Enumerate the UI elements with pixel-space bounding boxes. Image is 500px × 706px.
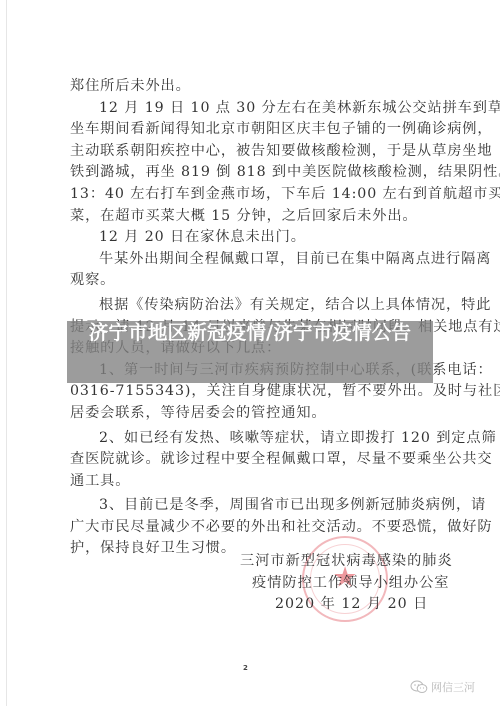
doc-line: 3、目前已是冬季，周围省市已出现多例新冠肺炎病例，请 bbox=[70, 495, 442, 517]
watermark: 网信三河 bbox=[410, 679, 475, 695]
doc-line: 居委会联系，等待居委会的管控通知。 bbox=[70, 403, 442, 425]
signature-date: 2020 年 12 月 20 日 bbox=[240, 594, 440, 616]
doc-line: 查医院就诊。就诊过程中要全程佩戴口罩，尽量不要乘坐公共交 bbox=[70, 449, 442, 471]
wechat-icon bbox=[410, 680, 428, 694]
document-body: 郑住所后未外出。 12 月 19 日 10 点 30 分左右在美林新东城公交站拼… bbox=[70, 76, 442, 560]
doc-line: 2、如已经有发热、咳嗽等症状，请立即拨打 120 到定点筛 bbox=[70, 428, 442, 450]
doc-line: 郑住所后未外出。 bbox=[70, 76, 442, 98]
overlay-title: 济宁市地区新冠疫情/济宁市疫情公告 bbox=[72, 321, 428, 345]
signature-org-line1: 三河市新型冠状病毒感染的肺炎 bbox=[240, 551, 440, 573]
doc-line: 观察。 bbox=[70, 270, 442, 292]
doc-line: 主动联系朝阳疾控中心，被告知要做核酸检测，于是从草房坐地 bbox=[70, 141, 442, 163]
doc-line: 12 月 19 日 10 点 30 分左右在美林新东城公交站拼车到草房， bbox=[70, 98, 442, 120]
page-number: 2 bbox=[243, 664, 248, 672]
doc-line: 菜，在超市买菜大概 15 分钟，之后回家后未外出。 bbox=[70, 206, 442, 228]
doc-line: 0316-7155343)，关注自身健康状况，暂不要外出。及时与社区 bbox=[70, 381, 442, 403]
doc-line: 13：40 左右打车到金燕市场，下车后 14:00 左右到首航超市买 bbox=[70, 184, 442, 206]
page-edge bbox=[6, 0, 7, 706]
watermark-text: 网信三河 bbox=[431, 679, 475, 695]
doc-line: 通工具。 bbox=[70, 471, 442, 493]
signature-org-line2: 疫情防控工作领导小组办公室 bbox=[240, 573, 440, 595]
doc-line: 12 月 20 日在家休息未出门。 bbox=[70, 227, 442, 249]
doc-line: 广大市民尽量减少不必要的外出和社交活动。不要恐慌，做好防 bbox=[70, 517, 442, 539]
doc-line: 牛某外出期间全程佩戴口罩，目前已在集中隔离点进行隔离 bbox=[70, 249, 442, 271]
doc-line: 根据《传染病防治法》有关规定，结合以上具体情况，特此 bbox=[70, 295, 442, 317]
doc-line: 坐车期间看新闻得知北京市朝阳区庆丰包子铺的一例确诊病例， bbox=[70, 119, 442, 141]
doc-line: 铁到潞城，再坐 819 倒 818 到中美医院做核酸检测，结果阴性。 bbox=[70, 162, 442, 184]
signature-block: 三河市新型冠状病毒感染的肺炎 疫情防控工作领导小组办公室 2020 年 12 月… bbox=[240, 551, 440, 616]
